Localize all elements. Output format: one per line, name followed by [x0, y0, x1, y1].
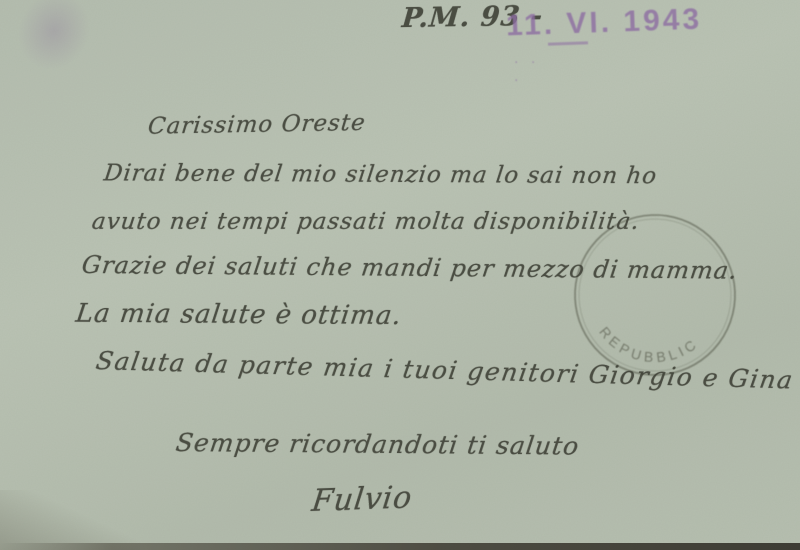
- date-stamp: 11. VI. 1943: [505, 3, 702, 44]
- ink-smudge: [0, 0, 109, 89]
- card-bottom-edge-shadow: [0, 543, 800, 550]
- salutation: Carissimo Oreste: [147, 110, 367, 140]
- body-line: Dirai bene del mio silenzio ma lo sai no…: [102, 161, 658, 190]
- signature: Fulvio: [310, 480, 415, 519]
- corner-shadow: [0, 490, 140, 550]
- date-stamp-dot-marks: . . .: [514, 50, 548, 55]
- body-line: Grazie dei saluti che mandi per mezzo di…: [80, 251, 739, 285]
- date-stamp-underline-mark: [548, 41, 588, 45]
- postcard: P.M. 93 - 11. VI. 1943 . . . REPUBBLIC C…: [0, 0, 800, 550]
- body-line: avuto nei tempi passati molta disponibil…: [90, 209, 641, 235]
- body-line: La mia salute è ottima.: [74, 299, 404, 331]
- closing-line: Sempre ricordandoti ti saluto: [174, 428, 581, 460]
